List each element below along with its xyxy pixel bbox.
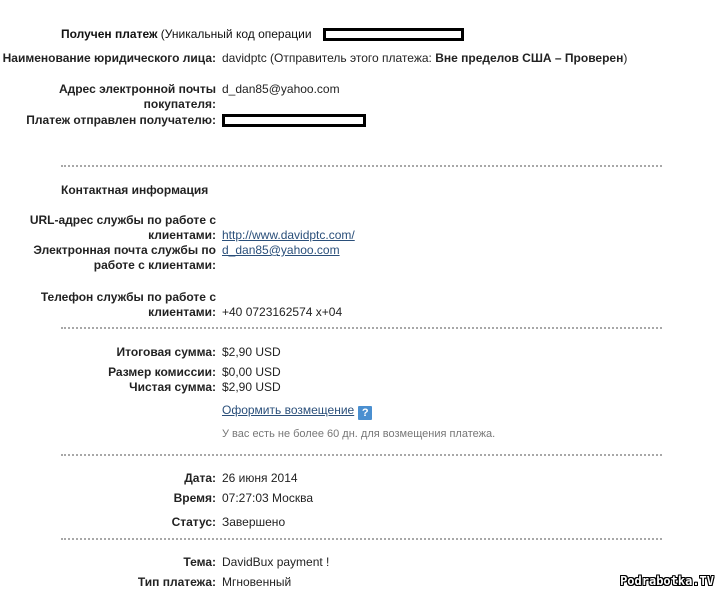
time-label: Время: <box>0 491 216 506</box>
fee-label: Размер комиссии: <box>0 365 216 380</box>
redacted-recipient <box>222 114 366 127</box>
date-value: 26 июня 2014 <box>222 471 298 486</box>
net-amount-value: $2,90 USD <box>222 380 281 395</box>
support-email-link[interactable]: d_dan85@yahoo.com <box>222 243 340 258</box>
total-amount-label: Итоговая сумма: <box>0 345 216 360</box>
separator <box>61 327 662 329</box>
redacted-transaction-id <box>323 28 464 41</box>
payer-email-label: Адрес электронной почты покупателя: <box>0 82 216 112</box>
help-icon[interactable]: ? <box>358 406 372 420</box>
fee-value: $0,00 USD <box>222 365 281 380</box>
status-label: Статус: <box>0 515 216 530</box>
subject-label: Тема: <box>0 555 216 570</box>
issue-refund-link[interactable]: Оформить возмещение <box>222 403 354 417</box>
date-label: Дата: <box>0 471 216 486</box>
support-url-link[interactable]: http://www.davidptc.com/ <box>222 228 355 243</box>
time-value: 07:27:03 Москва <box>222 491 313 506</box>
total-amount-value: $2,90 USD <box>222 345 281 360</box>
payer-email-value: d_dan85@yahoo.com <box>222 82 340 97</box>
separator <box>61 538 662 540</box>
payer-name-value: davidptc (Отправитель этого платежа: Вне… <box>222 51 627 66</box>
refund-row: Оформить возмещение? <box>222 403 372 420</box>
page-title: Получен платеж (Уникальный код операции <box>61 27 312 41</box>
support-url-label: URL-адрес службы по работе с клиентами: <box>0 213 216 243</box>
contact-heading: Контактная информация <box>61 183 208 197</box>
status-value: Завершено <box>222 515 285 530</box>
support-phone-value: +40 0723162574 x+04 <box>222 305 342 320</box>
subject-value: DavidBux payment ! <box>222 555 329 570</box>
payment-details-page: Получен платеж (Уникальный код операции … <box>0 0 718 595</box>
net-amount-label: Чистая сумма: <box>0 380 216 395</box>
refund-note: У вас есть не более 60 дн. для возмещени… <box>222 427 495 442</box>
separator <box>61 454 662 456</box>
payer-name-label: Наименование юридического лица: <box>0 51 216 66</box>
payment-type-value: Мгновенный <box>222 575 291 590</box>
sent-to-label: Платеж отправлен получателю: <box>0 113 216 128</box>
payment-type-label: Тип платежа: <box>0 575 216 590</box>
title-rest: (Уникальный код операции <box>157 27 311 41</box>
support-phone-label: Телефон службы по работе с клиентами: <box>0 290 216 320</box>
title-bold: Получен платеж <box>61 27 157 41</box>
separator <box>61 165 662 167</box>
support-email-label: Электронная почта службы по работе с кли… <box>0 243 216 273</box>
payer-verified-status: Вне пределов США – Проверен <box>435 51 623 65</box>
watermark: Podrabotka.TV <box>620 574 714 588</box>
